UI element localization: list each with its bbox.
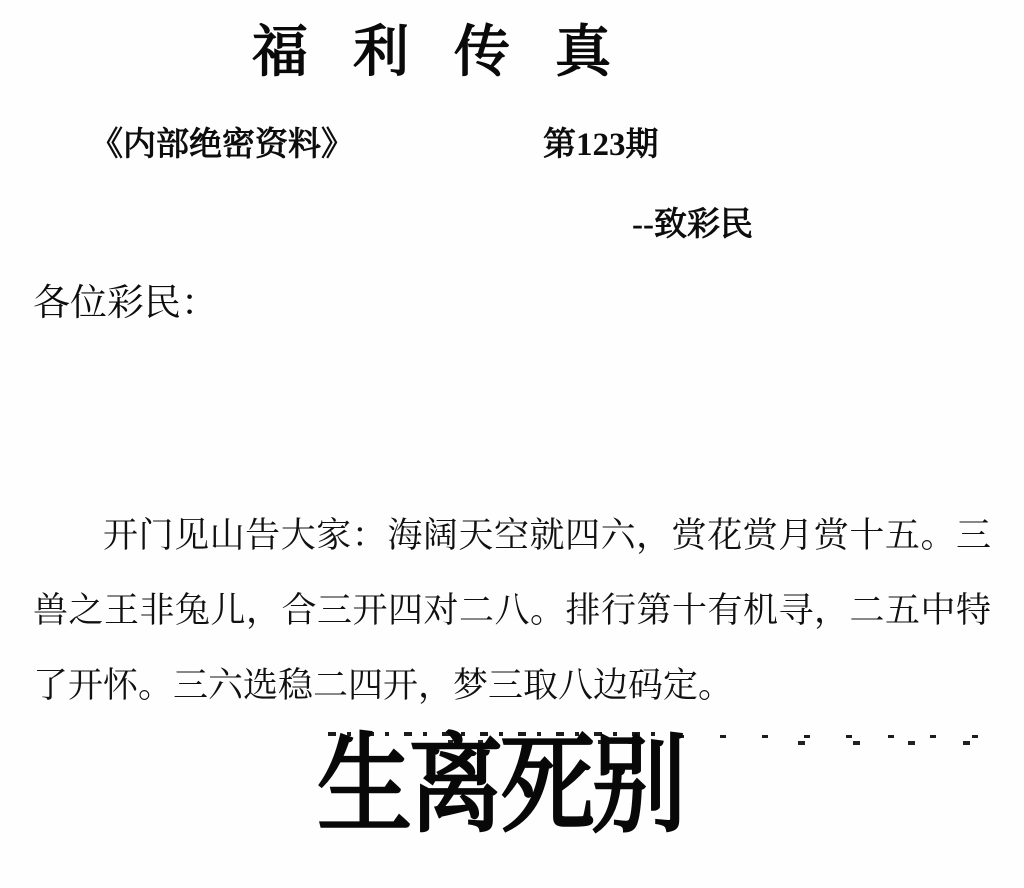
classification-label: 《内部绝密资料》 xyxy=(90,118,354,165)
footer-headline: 生离死别 xyxy=(0,730,1000,843)
issue-number: 第123期 xyxy=(543,118,659,165)
body-line-2: 兽之王非兔儿，合三开四对二八。排行第十有机寻，二五中特 xyxy=(33,573,991,648)
body-line-1: 开门见山告大家：海阔天空就四六，赏花赏月赏十五。三 xyxy=(33,498,991,573)
document-page: 福利传真 《内部绝密资料》 第123期 --致彩民 各位彩民： 开门见山告大家：… xyxy=(0,0,1024,888)
salutation-to-players: --致彩民 xyxy=(632,198,753,245)
footer-headline-text: 生离死别 xyxy=(317,730,683,843)
greeting-line: 各位彩民： xyxy=(33,272,218,326)
body-line-3: 了开怀。三六选稳二四开，梦三取八边码定。 xyxy=(33,648,991,723)
body-paragraph: 开门见山告大家：海阔天空就四六，赏花赏月赏十五。三 兽之王非兔儿，合三开四对二八… xyxy=(33,498,991,723)
document-title: 福利传真 xyxy=(252,8,656,88)
